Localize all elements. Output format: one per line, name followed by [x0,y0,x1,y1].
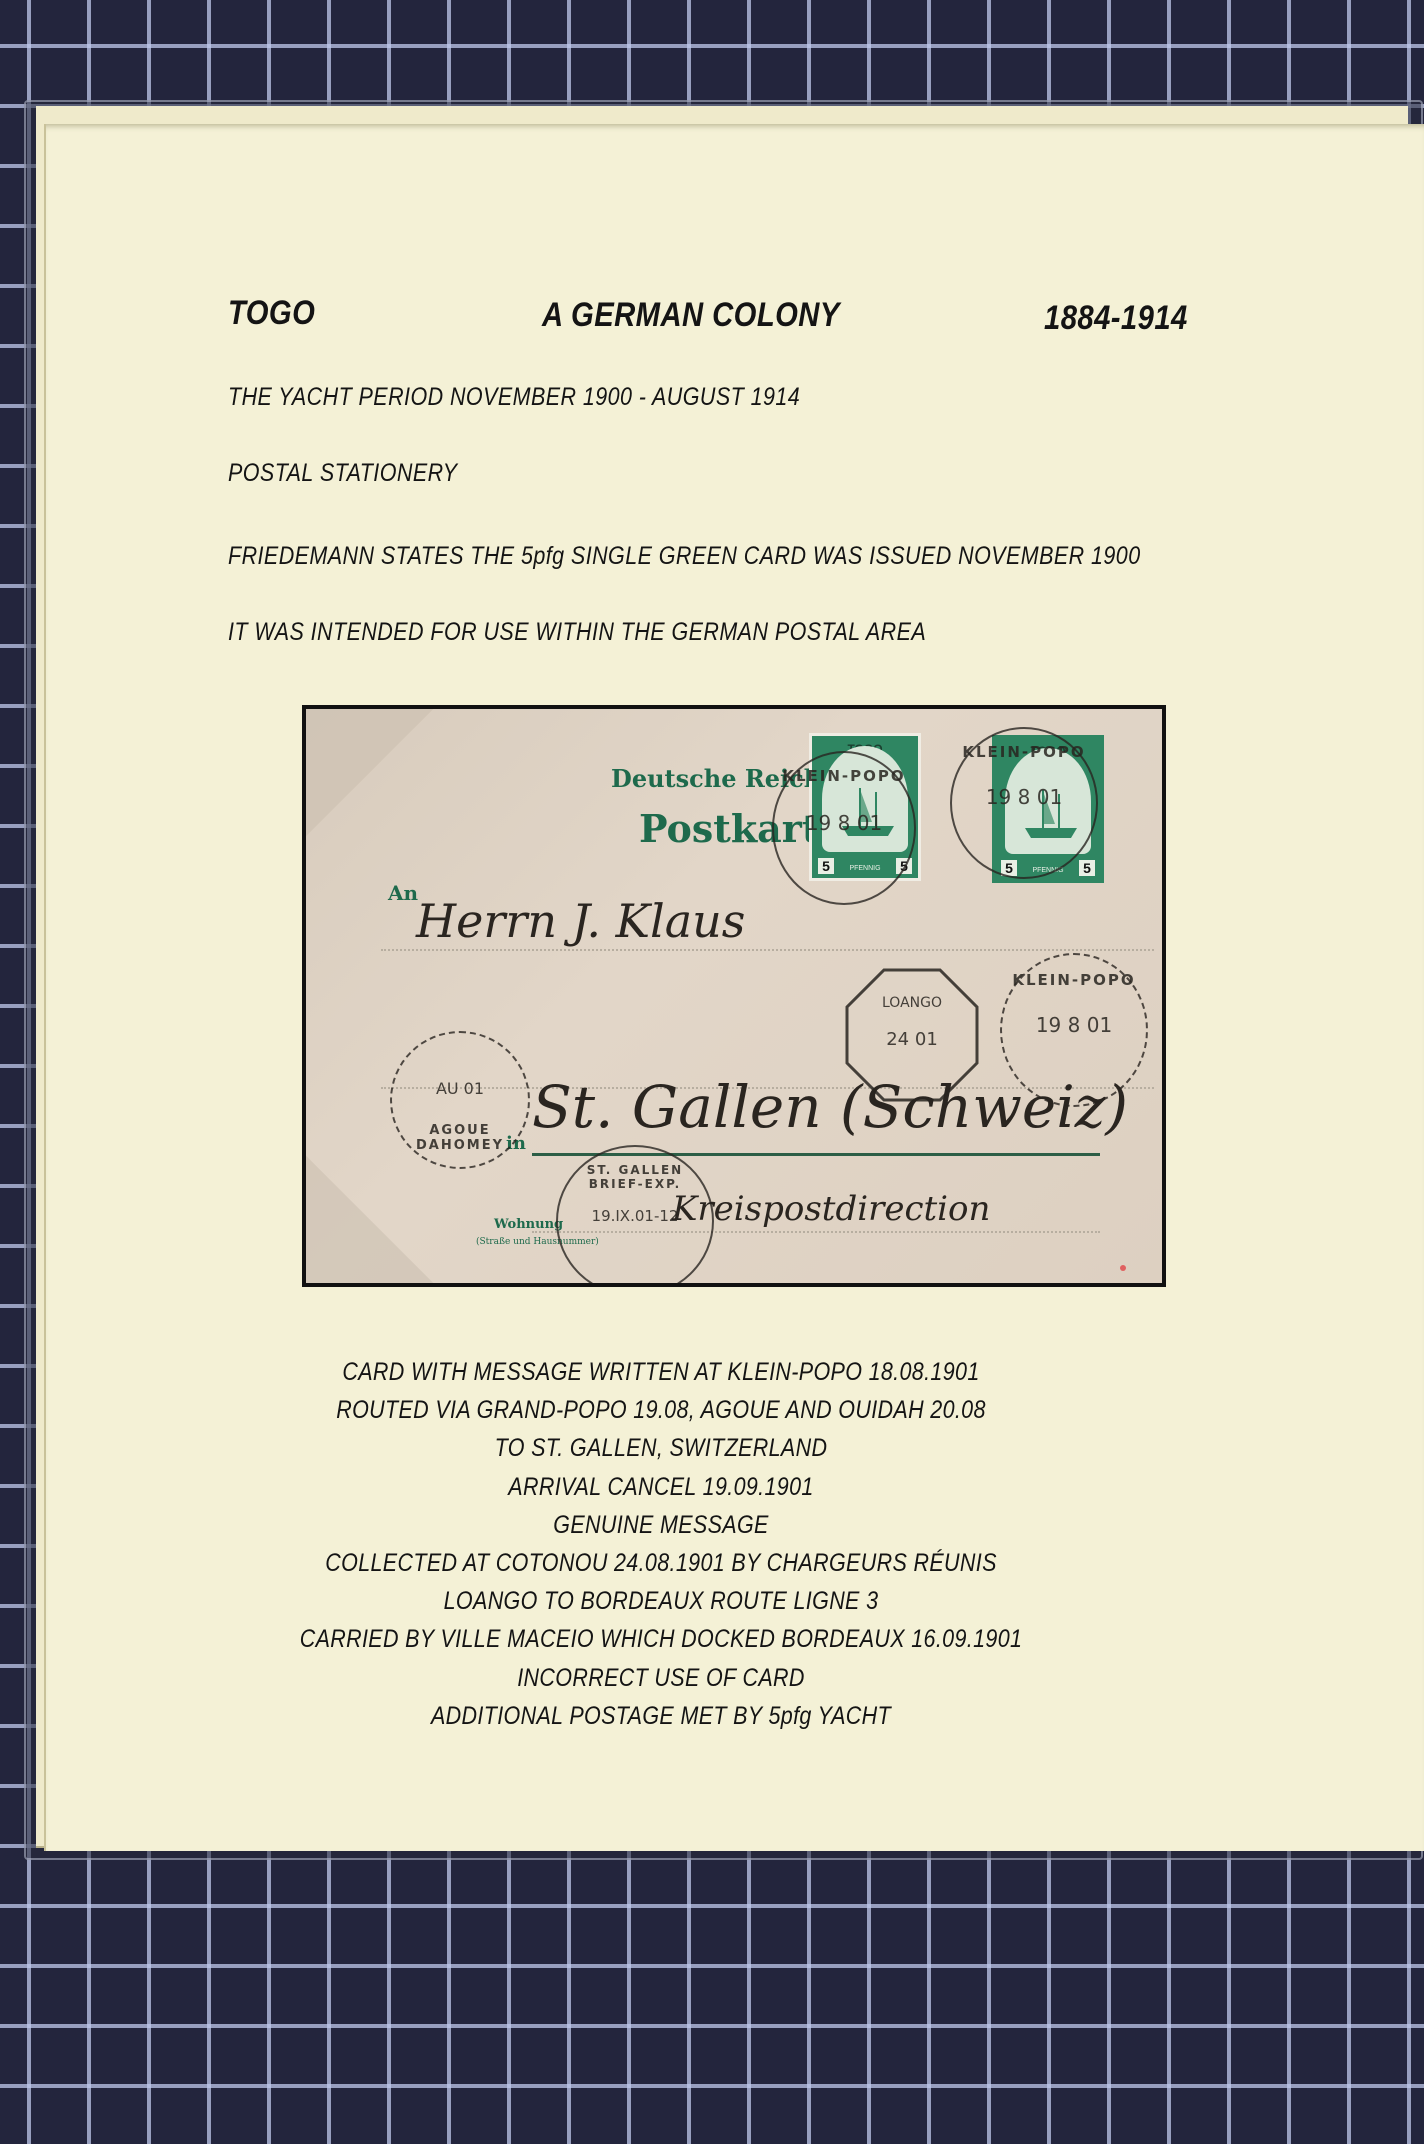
cancel-klein-popo-3: KLEIN-POPO 19 8 01 [1000,953,1148,1107]
description-line: CARD WITH MESSAGE WRITTEN AT KLEIN-POPO … [68,1353,1253,1391]
intro-line-period: THE YACHT PERIOD NOVEMBER 1900 - AUGUST … [228,383,800,412]
address-line-1 [381,949,1154,951]
description-line: TO ST. GALLEN, SWITZERLAND [68,1429,1253,1467]
description-line: INCORRECT USE OF CARD [68,1659,1253,1697]
printed-to: An [388,881,418,905]
description-line: COLLECTED AT COTONOU 24.08.1901 BY CHARG… [68,1544,1253,1582]
photo-corner-top-left [306,709,433,836]
postcard: Deutsche Reichs Postkarte An in Wohnung … [306,709,1162,1283]
description-line: GENUINE MESSAGE [68,1506,1253,1544]
description-line: CARRIED BY VILLE MACEIO WHICH DOCKED BOR… [68,1620,1253,1658]
cancel-loango-octagon: LOANGO 24 01 [844,967,980,1103]
printed-residence: Wohnung [494,1217,563,1232]
red-spot [1120,1265,1126,1271]
header-years: 1884-1914 [1044,299,1188,338]
description-block: CARD WITH MESSAGE WRITTEN AT KLEIN-POPO … [0,1353,1350,1735]
description-line: ADDITIONAL POSTAGE MET BY 5pfg YACHT [68,1697,1253,1735]
description-line: ROUTED VIA GRAND-POPO 19.08, AGOUE AND O… [68,1391,1253,1429]
header-country: TOGO [228,294,315,333]
cancel-agoue-dahomey: AGOUE DAHOMEY AU 01 [390,1031,530,1169]
postcard-mount: Deutsche Reichs Postkarte An in Wohnung … [302,705,1166,1287]
cancel-st-gallen-arrival: ST. GALLEN BRIEF-EXP. 19.IX.01-12 [556,1145,714,1283]
intro-line-friedemann: FRIEDEMANN STATES THE 5pfg SINGLE GREEN … [228,542,1141,571]
intro-line-stationery: POSTAL STATIONERY [228,459,458,488]
intro-line-intended: IT WAS INTENDED FOR USE WITHIN THE GERMA… [228,618,926,647]
handwritten-addressee: Herrn J. Klaus [416,894,745,948]
cancel-klein-popo-1: KLEIN-POPO 19 8 01 [772,751,916,905]
loango-town: LOANGO [882,995,942,1011]
exhibit-page: TOGO A GERMAN COLONY 1884-1914 THE YACHT… [46,124,1424,1851]
handwritten-note: Kreispostdirection [672,1189,990,1229]
cancel-klein-popo-2: KLEIN-POPO 19 8 01 [950,727,1098,879]
description-line: ARRIVAL CANCEL 19.09.1901 [68,1468,1253,1506]
description-line: LOANGO TO BORDEAUX ROUTE LIGNE 3 [68,1582,1253,1620]
loango-date: 24 01 [886,1029,938,1050]
photo-corner-bottom-left [306,1156,433,1283]
header-subtitle: A GERMAN COLONY [542,296,840,335]
